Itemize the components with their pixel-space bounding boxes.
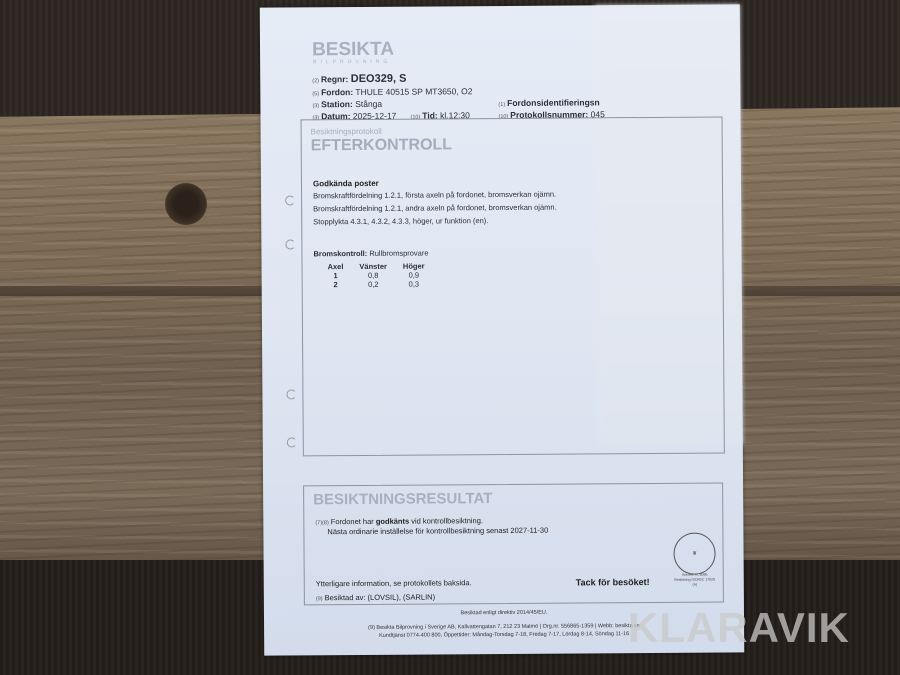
result-title: BESIKTNINGSRESULTAT [313, 490, 492, 508]
protocol-title: EFTERKONTROLL [311, 136, 452, 155]
logo-subtitle: BILPROVNING [313, 59, 391, 66]
result-line-1: (7)(8)Fordonet har godkänts vid kontroll… [315, 516, 483, 526]
station-value: Stånga [355, 99, 382, 109]
approved-item: Bromskraftfördelning 1.2.1, första axeln… [313, 190, 556, 201]
more-info: Ytterligare information, se protokollets… [316, 578, 472, 588]
approved-item: Bromskraftfördelning 1.2.1, andra axeln … [313, 203, 557, 214]
thanks-text: Tack för besöket! [576, 577, 650, 588]
fordon-field: (5)Fordon: THULE 40515 SP MT3650, O2 [312, 86, 472, 97]
seal-caption: Ackred. nr. 8095 Besiktning ISO/IEC 1702… [674, 573, 716, 588]
approved-item: Stopplykta 4.3.1, 4.3.2, 4.3.3, höger, u… [313, 216, 488, 226]
brake-control-line: Bromskontroll: Rullbromsprovare [313, 249, 428, 259]
result-line-2: Nästa ordinarie inställelse för kontroll… [327, 526, 548, 537]
protocol-subtitle: Besiktningsprotokoll [311, 127, 382, 136]
wood-knot [165, 183, 207, 225]
inspection-document: BESIKTA BILPROVNING (2)Regnr: DEO329, S … [260, 4, 745, 655]
regnr-value: DEO329, S [351, 73, 407, 85]
punch-hole [287, 437, 297, 447]
table-row: 2 0,2 0,3 [320, 279, 433, 289]
swedac-seal-icon: ♛ [673, 533, 715, 575]
inspector-line: (9)Besiktad av: (LOVSIL), (SARLIN) [316, 592, 435, 602]
regnr-field: (2)Regnr: DEO329, S [312, 73, 406, 86]
fordonsid-field: (1)Fordonsidentifieringsn [498, 97, 599, 108]
fordon-value: THULE 40515 SP MT3650, O2 [355, 86, 472, 97]
station-field: (3)Station: Stånga [312, 99, 382, 109]
klaravik-watermark: KLARAVIK [628, 604, 850, 652]
punch-hole [286, 389, 296, 399]
brake-table: Axel Vänster Höger 1 0,8 0,9 2 0,2 0,3 [320, 261, 433, 289]
approved-heading: Godkända poster [313, 179, 379, 188]
punch-hole [285, 239, 295, 249]
punch-hole [285, 195, 295, 205]
